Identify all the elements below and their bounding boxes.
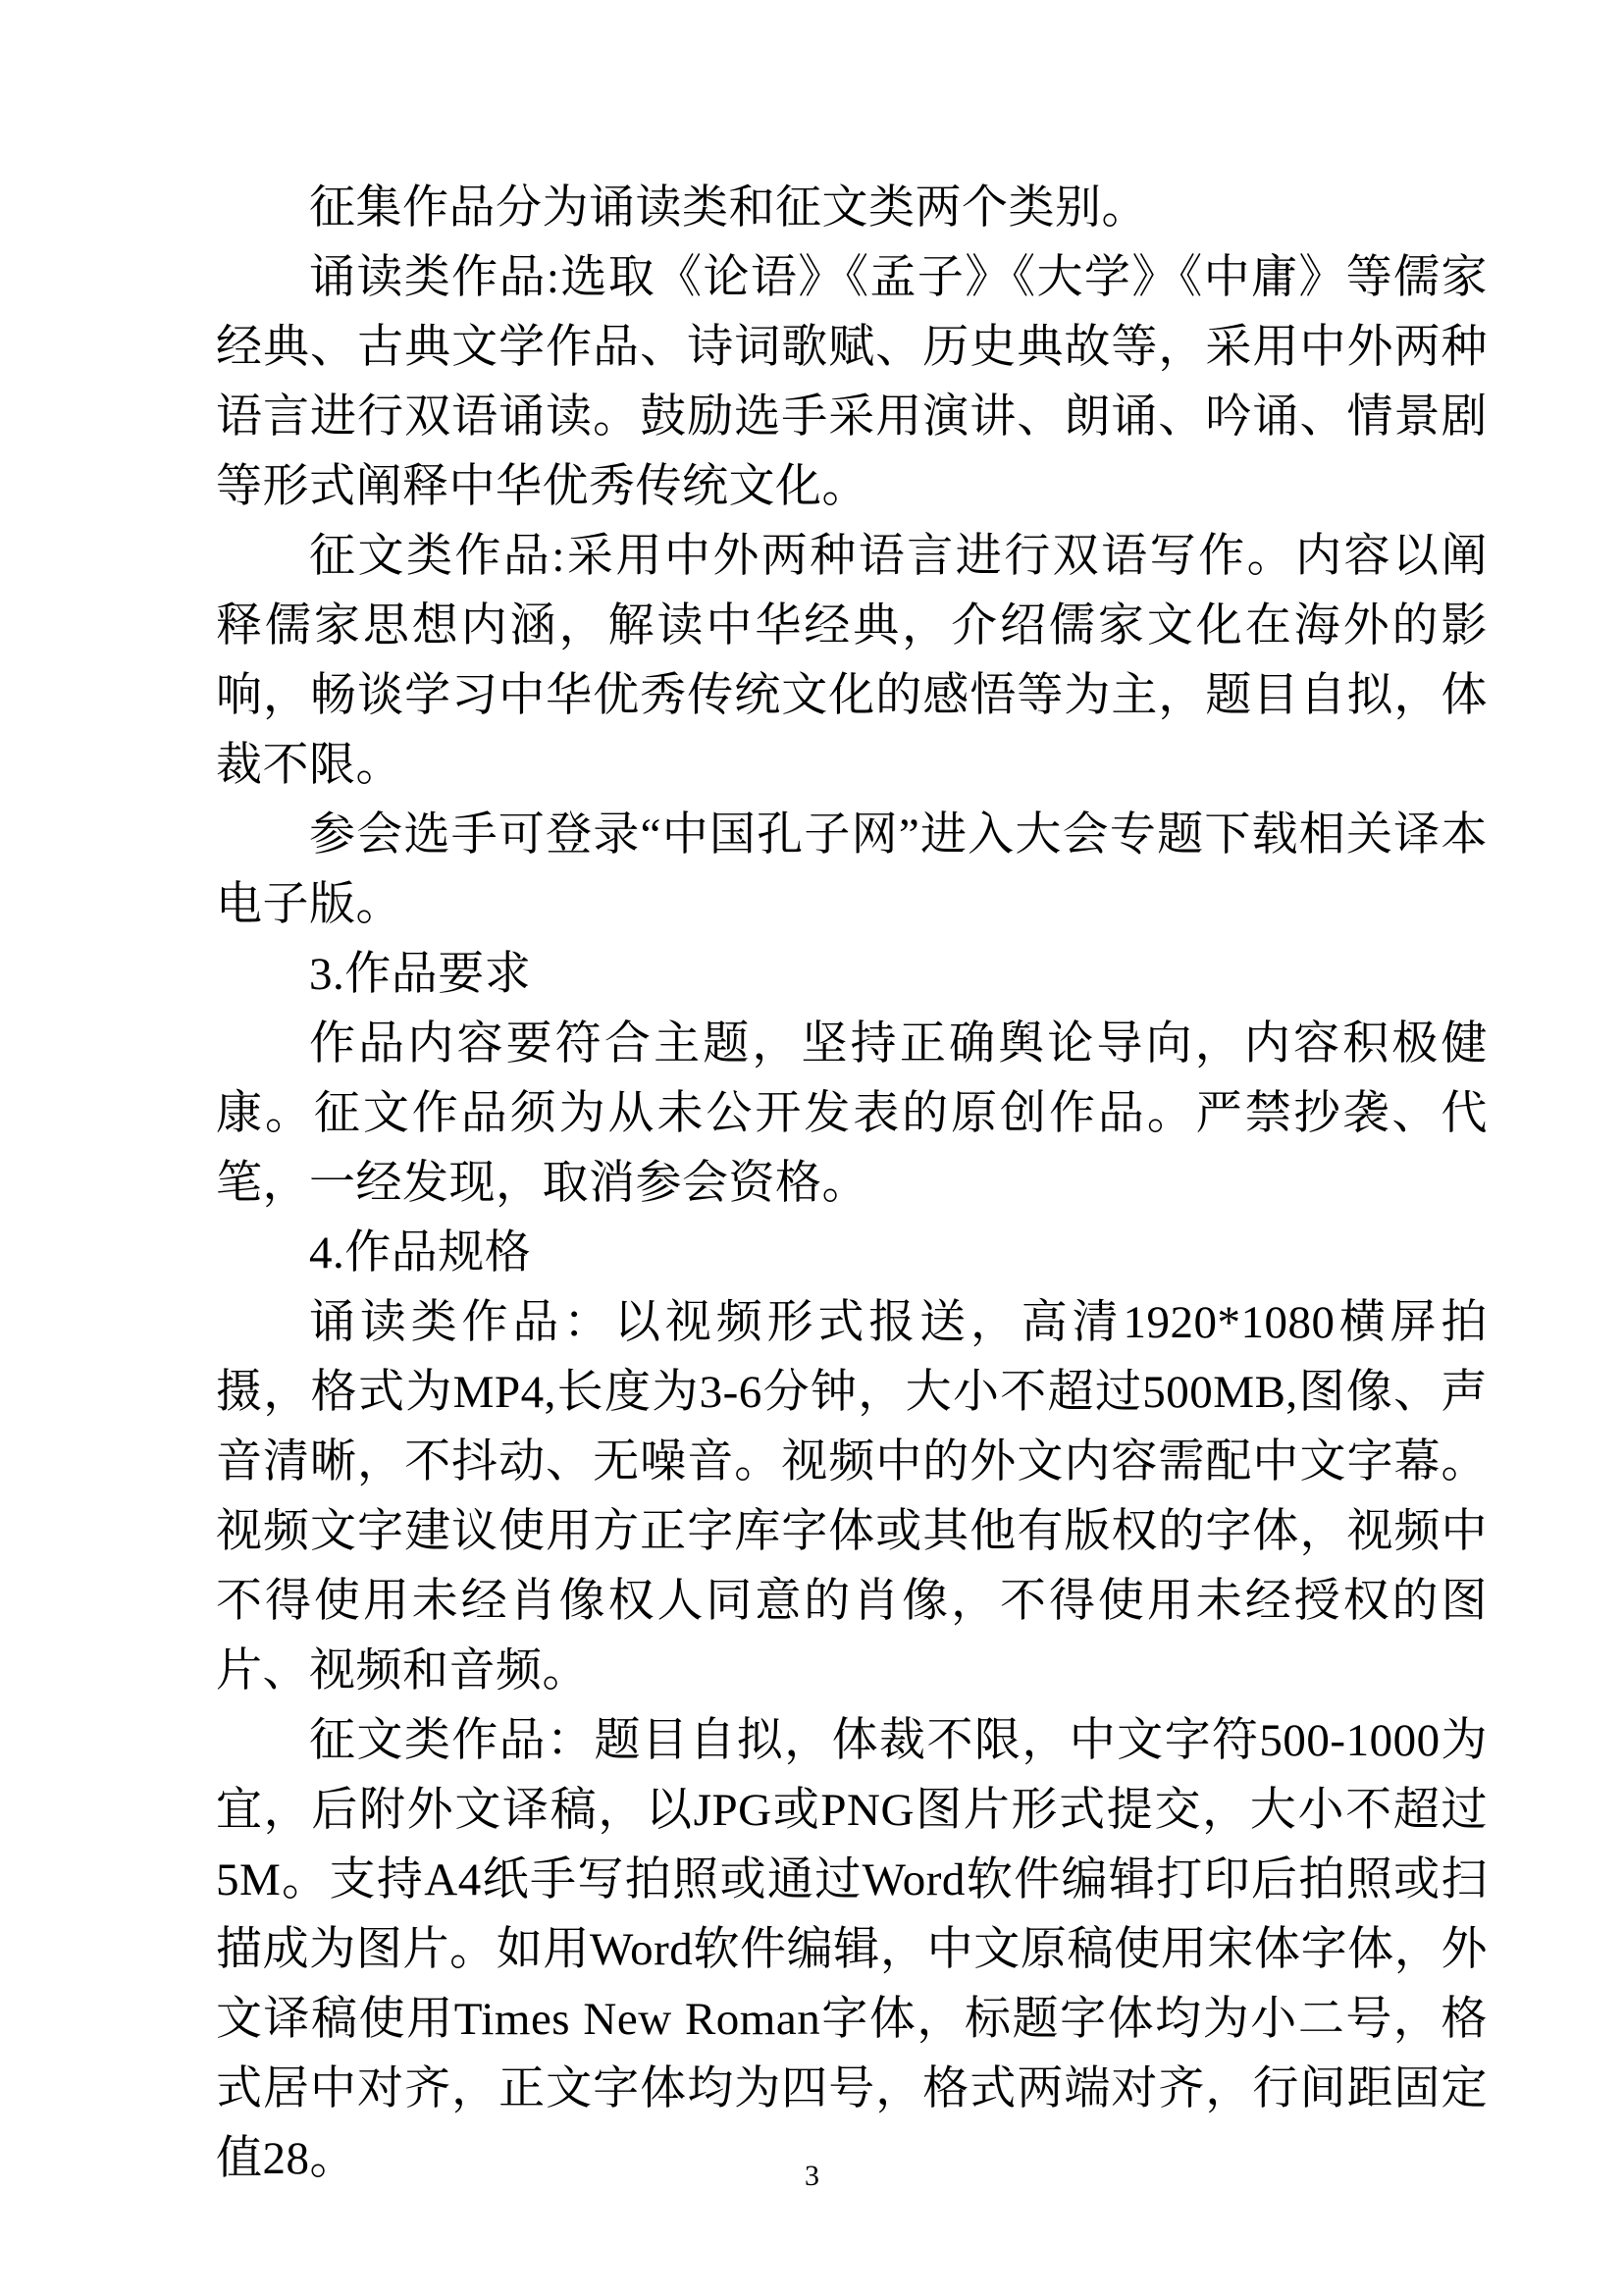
paragraph-recitation-specs: 诵读类作品：以视频形式报送，高清1920*1080横屏拍摄，格式为MP4,长度为…	[216, 1288, 1488, 1706]
paragraph-download-note: 参会选手可登录“中国孔子网”进入大会专题下载相关译本电子版。	[216, 801, 1488, 940]
body-text: 征集作品分为诵读类和征文类两个类别。 诵读类作品:选取《论语》《孟子》《大学》《…	[216, 174, 1488, 2194]
page-number: 3	[0, 2159, 1624, 2194]
heading-work-specifications: 4.作品规格	[216, 1219, 1488, 1288]
paragraph-recitation-works: 诵读类作品:选取《论语》《孟子》《大学》《中庸》等儒家经典、古典文学作品、诗词歌…	[216, 243, 1488, 522]
paragraph-essay-works: 征文类作品:采用中外两种语言进行双语写作。内容以阐释儒家思想内涵，解读中华经典，…	[216, 522, 1488, 801]
paragraph-essay-specs: 征文类作品：题目自拟，体裁不限，中文字符500-1000为宜，后附外文译稿，以J…	[216, 1706, 1488, 2194]
document-page: 征集作品分为诵读类和征文类两个类别。 诵读类作品:选取《论语》《孟子》《大学》《…	[0, 0, 1624, 2295]
paragraph-work-requirements: 作品内容要符合主题，坚持正确舆论导向，内容积极健康。征文作品须为从未公开发表的原…	[216, 1010, 1488, 1219]
heading-work-requirements: 3.作品要求	[216, 940, 1488, 1010]
paragraph-category-overview: 征集作品分为诵读类和征文类两个类别。	[216, 174, 1488, 243]
